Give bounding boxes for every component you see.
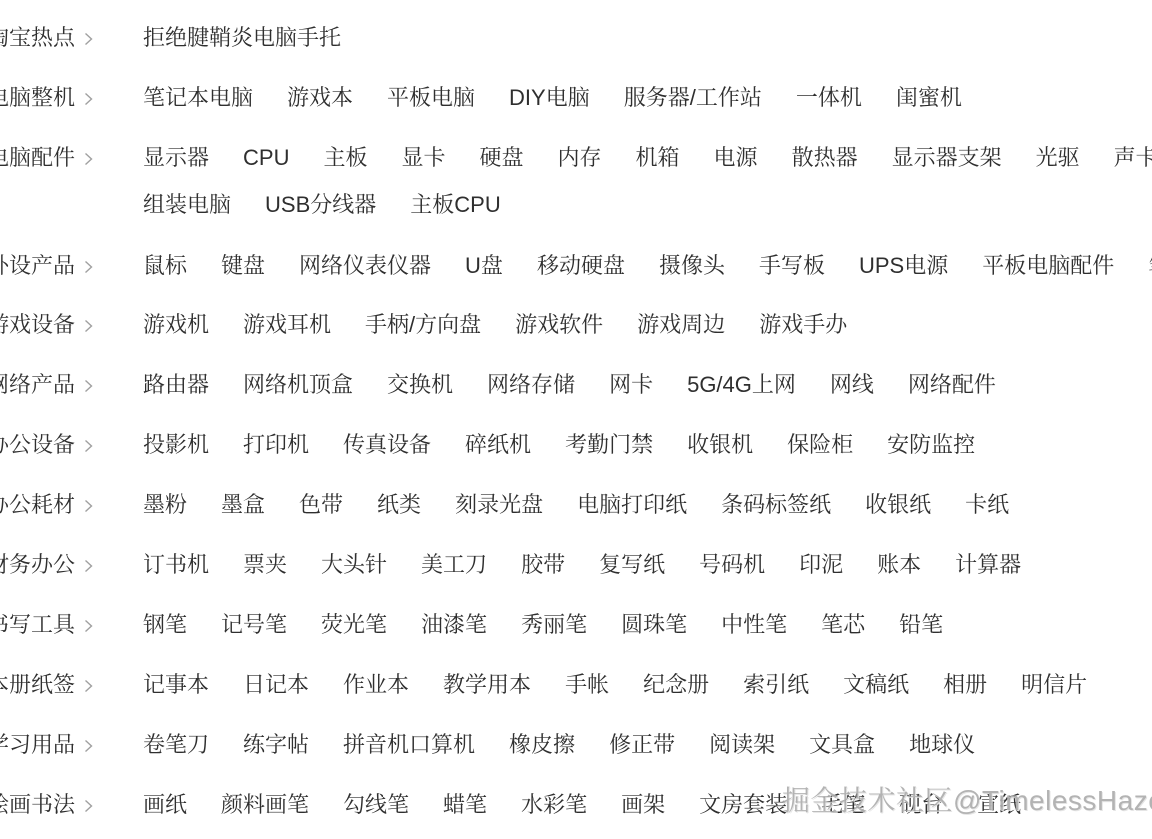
category-link[interactable]: 显示器支架 (892, 146, 1002, 170)
sidebar-category-label: 办公耗材 (0, 493, 75, 517)
category-link[interactable]: 相册 (943, 673, 987, 697)
category-link[interactable]: DIY电脑 (509, 86, 590, 110)
category-link[interactable]: 纪念册 (643, 673, 709, 697)
category-link[interactable]: 手帐 (565, 673, 609, 697)
category-link[interactable]: 笔记本电脑 (143, 86, 253, 110)
category-link[interactable]: 毛笔 (821, 793, 865, 817)
category-link[interactable]: 网络仪表仪器 (299, 254, 431, 278)
category-link[interactable]: 账本 (877, 553, 921, 577)
category-link[interactable]: 修正带 (609, 733, 675, 757)
sidebar-category-label: 电脑配件 (0, 146, 75, 170)
category-link[interactable]: 蜡笔 (443, 793, 487, 817)
chevron-right-icon (84, 379, 94, 393)
category-link[interactable]: 铅笔 (899, 613, 943, 637)
chevron-right-icon (84, 152, 94, 166)
category-link[interactable]: 游戏手办 (759, 313, 847, 337)
category-link[interactable]: 颜料画笔 (221, 793, 309, 817)
category-link[interactable]: 主板 (323, 146, 367, 170)
sidebar-category-10[interactable]: 本册纸签 (0, 673, 94, 697)
category-items: 记事本日记本作业本教学用本手帐纪念册索引纸文稿纸相册明信片 (143, 673, 1087, 697)
category-link[interactable]: 游戏机 (143, 313, 209, 337)
category-link[interactable]: 声卡 (1114, 146, 1152, 170)
chevron-right-icon (84, 439, 94, 453)
category-link[interactable]: 纸类 (377, 493, 421, 517)
sidebar-category-label: 办公设备 (0, 433, 75, 457)
category-link[interactable]: 光驱 (1036, 146, 1080, 170)
category-items: 鼠标键盘网络仪表仪器U盘移动硬盘摄像头手写板UPS电源平板电脑配件笔 (143, 254, 1152, 278)
category-link[interactable]: 墨盒 (221, 493, 265, 517)
sidebar-category-4[interactable]: 游戏设备 (0, 313, 94, 337)
sidebar-category-8[interactable]: 财务办公 (0, 553, 94, 577)
category-link[interactable]: 路由器 (143, 373, 209, 397)
category-link[interactable]: 号码机 (699, 553, 765, 577)
category-items: 订书机票夹大头针美工刀胶带复写纸号码机印泥账本计算器 (143, 553, 1021, 577)
category-link[interactable]: 拒绝腱鞘炎电脑手托 (143, 26, 341, 50)
category-link[interactable]: 服务器/工作站 (624, 86, 762, 110)
category-link[interactable]: 印泥 (799, 553, 843, 577)
category-link[interactable]: 笔 (1148, 254, 1152, 278)
category-link[interactable]: 勾线笔 (343, 793, 409, 817)
category-link[interactable]: 游戏周边 (637, 313, 725, 337)
category-link[interactable]: 网线 (830, 373, 874, 397)
category-link[interactable]: 复写纸 (599, 553, 665, 577)
category-link[interactable]: 宣纸 (977, 793, 1021, 817)
category-link[interactable]: CPU (243, 146, 289, 170)
category-items-line: 卷笔刀练字帖拼音机口算机橡皮擦修正带阅读架文具盒地球仪 (143, 733, 975, 757)
category-link[interactable]: 文稿纸 (843, 673, 909, 697)
sidebar-category-5[interactable]: 网络产品 (0, 373, 94, 397)
category-link[interactable]: 练字帖 (243, 733, 309, 757)
sidebar-category-6[interactable]: 办公设备 (0, 433, 94, 457)
category-link[interactable]: 硬盘 (480, 146, 524, 170)
chevron-right-icon (84, 739, 94, 753)
category-link[interactable]: 拼音机口算机 (343, 733, 475, 757)
chevron-right-icon (84, 799, 94, 813)
sidebar-category-2[interactable]: 电脑配件 (0, 146, 94, 170)
category-items-line: 鼠标键盘网络仪表仪器U盘移动硬盘摄像头手写板UPS电源平板电脑配件笔 (143, 254, 1152, 278)
category-link[interactable]: 计算器 (955, 553, 1021, 577)
category-link[interactable]: 橡皮擦 (509, 733, 575, 757)
chevron-right-icon (84, 32, 94, 46)
category-items-line: 订书机票夹大头针美工刀胶带复写纸号码机印泥账本计算器 (143, 553, 1021, 577)
chevron-right-icon (84, 559, 94, 573)
sidebar-category-label: 本册纸签 (0, 673, 75, 697)
category-link[interactable]: 胶带 (521, 553, 565, 577)
category-link[interactable]: 大头针 (321, 553, 387, 577)
category-link[interactable]: 摄像头 (659, 254, 725, 278)
category-link[interactable]: 网卡 (609, 373, 653, 397)
category-link[interactable]: 阅读架 (709, 733, 775, 757)
category-link[interactable]: 保险柜 (787, 433, 853, 457)
category-link[interactable]: 手柄/方向盘 (365, 313, 481, 337)
sidebar-category-label: 游戏设备 (0, 313, 75, 337)
chevron-right-icon (84, 679, 94, 693)
category-link[interactable]: 中性笔 (721, 613, 787, 637)
category-link[interactable]: 记号笔 (221, 613, 287, 637)
category-items-line: 笔记本电脑游戏本平板电脑DIY电脑服务器/工作站一体机闺蜜机 (143, 86, 962, 110)
category-link[interactable]: 网络机顶盒 (243, 373, 353, 397)
category-link[interactable]: 网络存储 (487, 373, 575, 397)
category-link[interactable]: 显卡 (401, 146, 445, 170)
category-link[interactable]: 笔芯 (821, 613, 865, 637)
sidebar-category-7[interactable]: 办公耗材 (0, 493, 94, 517)
category-link[interactable]: 教学用本 (443, 673, 531, 697)
category-link[interactable]: 荧光笔 (321, 613, 387, 637)
category-link[interactable]: 水彩笔 (521, 793, 587, 817)
category-items-line: 拒绝腱鞘炎电脑手托 (143, 26, 341, 50)
category-link[interactable]: 色带 (299, 493, 343, 517)
category-link[interactable]: 平板电脑 (387, 86, 475, 110)
category-link[interactable]: 收银纸 (865, 493, 931, 517)
category-link[interactable]: 鼠标 (143, 254, 187, 278)
sidebar-category-label: 外设产品 (0, 254, 75, 278)
category-items: 投影机打印机传真设备碎纸机考勤门禁收银机保险柜安防监控 (143, 433, 975, 457)
category-link[interactable]: 卡纸 (965, 493, 1009, 517)
category-items: 拒绝腱鞘炎电脑手托 (143, 26, 341, 50)
category-items: 游戏机游戏耳机手柄/方向盘游戏软件游戏周边游戏手办 (143, 313, 847, 337)
category-link[interactable]: 游戏耳机 (243, 313, 331, 337)
category-items-line: 记事本日记本作业本教学用本手帐纪念册索引纸文稿纸相册明信片 (143, 673, 1087, 697)
category-link[interactable]: 砚台 (899, 793, 943, 817)
category-link[interactable]: 票夹 (243, 553, 287, 577)
category-link[interactable]: 条码标签纸 (721, 493, 831, 517)
category-link[interactable]: 安防监控 (887, 433, 975, 457)
category-items-line: 投影机打印机传真设备碎纸机考勤门禁收银机保险柜安防监控 (143, 433, 975, 457)
category-link[interactable]: 秀丽笔 (521, 613, 587, 637)
category-link[interactable]: 画架 (621, 793, 665, 817)
category-link[interactable]: 交换机 (387, 373, 453, 397)
category-link[interactable]: 主板CPU (410, 193, 500, 217)
category-link[interactable]: 闺蜜机 (896, 86, 962, 110)
category-items-line: 钢笔记号笔荧光笔油漆笔秀丽笔圆珠笔中性笔笔芯铅笔 (143, 613, 943, 637)
category-items-line: 组装电脑USB分线器主板CPU (143, 193, 1152, 217)
category-panel: 掘金技术社区@TimelessHaze 淘宝热点 拒绝腱鞘炎电脑手托 电脑整机 … (0, 0, 1152, 839)
category-items: 路由器网络机顶盒交换机网络存储网卡5G/4G上网网线网络配件 (143, 373, 996, 397)
sidebar-category-0[interactable]: 淘宝热点 (0, 26, 94, 50)
chevron-right-icon (84, 319, 94, 333)
category-items: 钢笔记号笔荧光笔油漆笔秀丽笔圆珠笔中性笔笔芯铅笔 (143, 613, 943, 637)
category-link[interactable]: 卷笔刀 (143, 733, 209, 757)
category-items-line: 墨粉墨盒色带纸类刻录光盘电脑打印纸条码标签纸收银纸卡纸 (143, 493, 1009, 517)
category-link[interactable]: 打印机 (243, 433, 309, 457)
category-link[interactable]: 碎纸机 (465, 433, 531, 457)
sidebar-category-label: 学习用品 (0, 733, 75, 757)
category-link[interactable]: 索引纸 (743, 673, 809, 697)
category-link[interactable]: 投影机 (143, 433, 209, 457)
sidebar-category-12[interactable]: 绘画书法 (0, 793, 94, 817)
category-link[interactable]: 传真设备 (343, 433, 431, 457)
category-link[interactable]: 墨粉 (143, 493, 187, 517)
sidebar-category-label: 书写工具 (0, 613, 75, 637)
category-link[interactable]: 订书机 (143, 553, 209, 577)
sidebar-category-label: 绘画书法 (0, 793, 75, 817)
chevron-right-icon (84, 499, 94, 513)
sidebar-category-label: 财务办公 (0, 553, 75, 577)
category-link[interactable]: 游戏软件 (515, 313, 603, 337)
category-items: 墨粉墨盒色带纸类刻录光盘电脑打印纸条码标签纸收银纸卡纸 (143, 493, 1009, 517)
category-link[interactable]: 明信片 (1021, 673, 1087, 697)
category-items-line: 画纸颜料画笔勾线笔蜡笔水彩笔画架文房套装毛笔砚台宣纸 (143, 793, 1021, 817)
category-link[interactable]: 一体机 (796, 86, 862, 110)
category-link[interactable]: 作业本 (343, 673, 409, 697)
category-items: 画纸颜料画笔勾线笔蜡笔水彩笔画架文房套装毛笔砚台宣纸 (143, 793, 1021, 817)
category-link[interactable]: 电源 (714, 146, 758, 170)
category-link[interactable]: 收银机 (687, 433, 753, 457)
category-link[interactable]: USB分线器 (265, 193, 376, 217)
category-items: 笔记本电脑游戏本平板电脑DIY电脑服务器/工作站一体机闺蜜机 (143, 86, 962, 110)
category-link[interactable]: U盘 (465, 254, 503, 278)
chevron-right-icon (84, 260, 94, 274)
category-link[interactable]: 组装电脑 (143, 193, 231, 217)
sidebar-category-label: 淘宝热点 (0, 26, 75, 50)
category-link[interactable]: 日记本 (243, 673, 309, 697)
category-items-line: 显示器CPU主板显卡硬盘内存机箱电源散热器显示器支架光驱声卡 (143, 146, 1152, 170)
category-link[interactable]: 内存 (558, 146, 602, 170)
category-link[interactable]: 电脑打印纸 (577, 493, 687, 517)
category-link[interactable]: 手写板 (759, 254, 825, 278)
category-link[interactable]: 钢笔 (143, 613, 187, 637)
category-items: 显示器CPU主板显卡硬盘内存机箱电源散热器显示器支架光驱声卡组装电脑USB分线器… (143, 146, 1152, 217)
category-link[interactable]: 网络配件 (908, 373, 996, 397)
sidebar-category-3[interactable]: 外设产品 (0, 254, 94, 278)
category-link[interactable]: 圆珠笔 (621, 613, 687, 637)
category-link[interactable]: 地球仪 (909, 733, 975, 757)
category-link[interactable]: 刻录光盘 (455, 493, 543, 517)
category-link[interactable]: 5G/4G上网 (687, 373, 796, 397)
category-link[interactable]: 文具盒 (809, 733, 875, 757)
sidebar-category-label: 电脑整机 (0, 86, 75, 110)
category-link[interactable]: 画纸 (143, 793, 187, 817)
chevron-right-icon (84, 619, 94, 633)
sidebar-category-label: 网络产品 (0, 373, 75, 397)
category-link[interactable]: 键盘 (221, 254, 265, 278)
category-items-line: 路由器网络机顶盒交换机网络存储网卡5G/4G上网网线网络配件 (143, 373, 996, 397)
category-link[interactable]: UPS电源 (859, 254, 948, 278)
category-link[interactable]: 移动硬盘 (537, 254, 625, 278)
sidebar-category-9[interactable]: 书写工具 (0, 613, 94, 637)
category-link[interactable]: 机箱 (636, 146, 680, 170)
sidebar-category-11[interactable]: 学习用品 (0, 733, 94, 757)
category-link[interactable]: 考勤门禁 (565, 433, 653, 457)
category-items: 卷笔刀练字帖拼音机口算机橡皮擦修正带阅读架文具盒地球仪 (143, 733, 975, 757)
category-link[interactable]: 油漆笔 (421, 613, 487, 637)
category-link[interactable]: 文房套装 (699, 793, 787, 817)
chevron-right-icon (84, 92, 94, 106)
category-link[interactable]: 游戏本 (287, 86, 353, 110)
sidebar-category-1[interactable]: 电脑整机 (0, 86, 94, 110)
category-link[interactable]: 平板电脑配件 (982, 254, 1114, 278)
category-link[interactable]: 记事本 (143, 673, 209, 697)
category-link[interactable]: 散热器 (792, 146, 858, 170)
category-link[interactable]: 显示器 (143, 146, 209, 170)
category-link[interactable]: 美工刀 (421, 553, 487, 577)
category-items-line: 游戏机游戏耳机手柄/方向盘游戏软件游戏周边游戏手办 (143, 313, 847, 337)
